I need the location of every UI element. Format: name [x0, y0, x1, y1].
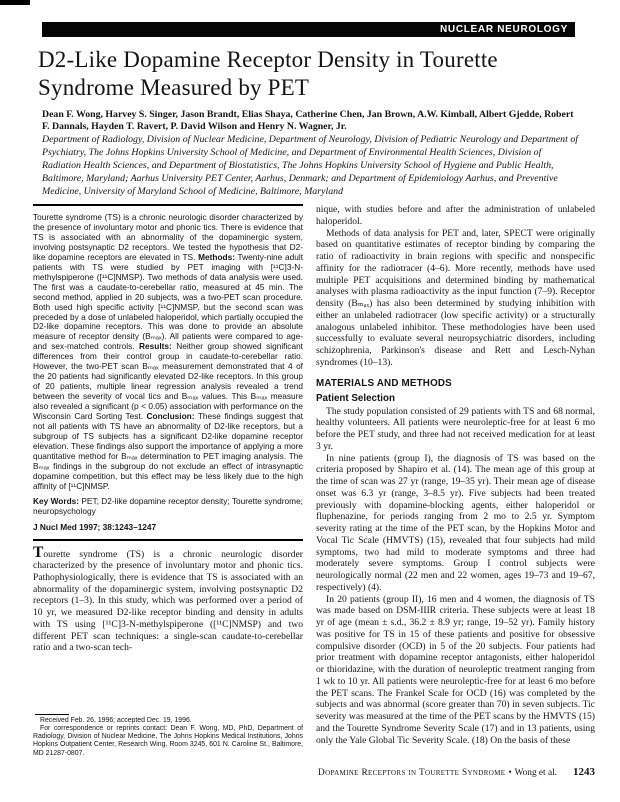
body-paragraph-continuation: nique, with studies before and after the…	[316, 204, 595, 228]
running-title: Dopamine Receptors in Tourette Syndrome	[318, 768, 505, 778]
section-heading-materials-and-methods: MATERIALS AND METHODS	[316, 378, 595, 389]
journal-citation: J Nucl Med 1997; 38:1243–1247	[33, 522, 303, 532]
section-banner-label: NUCLEAR NEUROLOGY	[440, 24, 568, 35]
correspondence-line: For correspondence or reprints contact: …	[33, 725, 303, 758]
received-line: Received Feb. 26, 1996; accepted Dec. 19…	[33, 717, 303, 725]
section-banner: NUCLEAR NEUROLOGY	[42, 22, 575, 37]
body-paragraph-group-one: In nine patients (group I), the diagnosi…	[316, 453, 595, 594]
page-number: 1243	[573, 766, 595, 778]
intro-dropcap: T	[33, 544, 43, 561]
footnote-rule	[35, 714, 69, 715]
abstract-top-rule	[33, 204, 303, 206]
keywords-line: Key Words: PET; D2-like dopamine recepto…	[33, 497, 303, 517]
body-paragraph-study-population: The study population consisted of 29 pat…	[316, 406, 595, 453]
scan-artifact-mark	[0, 0, 30, 5]
left-column: Tourette syndrome (TS) is a chronic neur…	[33, 204, 303, 758]
journal-article-page: NUCLEAR NEUROLOGY D2-Like Dopamine Recep…	[0, 0, 620, 802]
two-column-body: Tourette syndrome (TS) is a chronic neur…	[33, 204, 595, 758]
right-column: nique, with studies before and after the…	[316, 204, 595, 758]
body-paragraph-methods-overview: Methods of data analysis for PET and, la…	[316, 228, 595, 369]
abstract-text: Tourette syndrome (TS) is a chronic neur…	[33, 213, 303, 492]
footer-authors: Wong et al.	[515, 768, 557, 778]
keywords-label: Key Words:	[33, 496, 79, 506]
author-list: Dean F. Wong, Harvey S. Singer, Jason Br…	[42, 109, 578, 132]
footer-separator: •	[508, 768, 511, 778]
subsection-heading-patient-selection: Patient Selection	[316, 393, 595, 404]
intro-paragraph: Tourette syndrome (TS) is a chronic neur…	[33, 547, 303, 654]
correspondence-footnote: Received Feb. 26, 1996; accepted Dec. 19…	[33, 711, 303, 758]
intro-divider-rule	[33, 539, 303, 541]
body-paragraph-group-two: In 20 patients (group II), 16 men and 4 …	[316, 594, 595, 747]
intro-paragraph-text: ourette syndrome (TS) is a chronic neuro…	[33, 549, 303, 654]
affiliation-list: Department of Radiology, Division of Nuc…	[42, 134, 578, 199]
page-footer: Dopamine Receptors in Tourette Syndrome•…	[33, 766, 595, 778]
article-title: D2-Like Dopamine Receptor Density in Tou…	[38, 46, 563, 101]
